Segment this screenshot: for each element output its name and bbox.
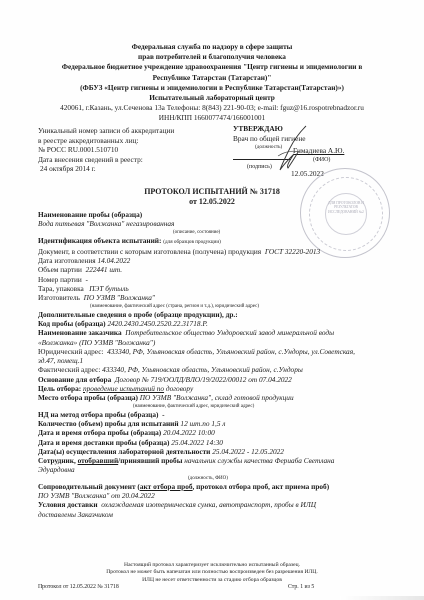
delivery-conditions-label: Условия доставки <box>38 500 98 509</box>
accompanying-doc-label-underlined: акт отбора проб <box>140 482 193 491</box>
batch-volume-value: 222441 шт. <box>86 265 122 274</box>
footer-disclaimer: Настоящий протокол характеризует исключи… <box>0 562 424 584</box>
place-label: Место отбора пробы (образца) <box>38 393 138 402</box>
place-note: (наименование, фактический адрес, юридич… <box>38 403 398 410</box>
batch-number-label: Номер партии <box>38 275 82 284</box>
employee-value: начальник службы качества Фериаба Светла… <box>184 456 334 465</box>
batch-number-value: - <box>85 275 87 284</box>
actual-address-value: 433340, РФ, Ульяновская область, Ульянов… <box>102 365 303 374</box>
delivery-conditions-value-cont: доставлены Заказчиком <box>38 510 398 519</box>
lab-dates-value: 25.04.2022 - 12.05.2022 <box>212 447 284 456</box>
accreditation-date: 24 октября 2014 г. <box>38 164 238 174</box>
purpose-label: Цель отбора: <box>38 384 81 393</box>
accompanying-doc-label-cont: , протокол отбора проб, акт приема проб) <box>193 482 330 491</box>
manufacture-date-value: 14.04.2022 <box>97 256 130 265</box>
delivery-datetime-label: Дата и время доставки пробы (образца) <box>38 438 169 447</box>
header-inn: ИНН/КПП 1660077474/166001001 <box>0 113 424 123</box>
delivery-datetime-value: 25.04.2022 14:30 <box>171 438 223 447</box>
accompanying-doc-label: Сопроводительный документ ( <box>38 482 140 491</box>
purpose-value-underlined: проведение испытаний по <box>83 384 164 393</box>
page-number: Стр. 1 из 5 <box>288 584 314 590</box>
manufacturer-label: Изготовитель <box>38 293 80 302</box>
protocol-body: Наименование пробы (образца) Вода питьев… <box>38 210 398 519</box>
employee-value-cont: Эдуардовна <box>38 465 398 474</box>
approval-position: Врач по общей гигиене <box>233 134 423 144</box>
header-line: Федеральная служба по надзору в сфере за… <box>0 42 424 52</box>
sampling-datetime-label: Дата и время отбора пробы (образца) <box>38 428 161 437</box>
batch-volume-label: Объем партии <box>38 265 82 274</box>
sample-code-label: Код пробы (образца) <box>38 319 106 328</box>
document-value: ГОСТ 32220-2013 <box>265 247 320 256</box>
employee-label-cont: /принявший пробы <box>118 456 182 465</box>
header-line: Республике Татарстан (Татарстан)" <box>0 73 424 83</box>
sample-code-value: 2420.2430.2450.2520.22.31718.Р. <box>107 319 207 328</box>
header-address: 420061, г.Казань, ул.Сеченова 13а Телефо… <box>0 103 424 113</box>
sample-name-value: Вода питьевая "Волжанка" негазированная <box>38 219 398 228</box>
accreditation-block: Уникальный номер записи об аккредитации … <box>38 126 238 174</box>
package-value: ПЭТ бутыль <box>89 284 128 293</box>
protocol-date: от 12.05.2022 <box>0 197 424 207</box>
quantity-label: Количество (объем) пробы для испытаний <box>38 419 179 428</box>
nd-label: НД на метод отбора пробы (образца) <box>38 410 158 419</box>
header-line: Испытательный лабораторный центр <box>0 93 424 103</box>
employee-label-underlined: отобравший <box>78 456 119 465</box>
accreditation-number: № РОСС RU.0001.510710 <box>38 145 238 155</box>
package-label: Тара, упаковка <box>38 284 84 293</box>
document-label: Документ, в соответствии с которым изгот… <box>38 247 261 256</box>
header-line: (ФБУЗ «Центр гигиены и эпидемиологии в Р… <box>0 83 424 93</box>
protocol-title: ПРОТОКОЛ ИСПЫТАНИЙ № 31718 от 12.05.2022 <box>0 187 424 207</box>
employee-label: Сотрудник, <box>38 456 76 465</box>
delivery-conditions-value: охлаждаемая изотермическая сумка, автотр… <box>101 500 316 509</box>
manufacturer-value: ПО УЗМВ "Волжанка" <box>84 293 155 302</box>
approval-block: УТВЕРЖДАЮ Врач по общей гигиене (должнос… <box>233 124 423 153</box>
protocol-number: ПРОТОКОЛ ИСПЫТАНИЙ № 31718 <box>0 187 424 197</box>
scan-edge <box>340 596 424 600</box>
purpose-value: договору <box>166 384 193 393</box>
customer-value-cont: «Волжанка» (ПО УЗМВ "Волжанка") <box>38 338 398 347</box>
approval-title: УТВЕРЖДАЮ <box>233 124 423 134</box>
actual-address-label: Фактический адрес: <box>38 365 100 374</box>
header-line: прав потребителей и благополучия человек… <box>0 52 424 62</box>
basis-value: Договор № 719/ООЛД/ВЛО/19/2022/00012 от … <box>115 375 292 384</box>
footer-protocol-ref: Протокол от 12.05.2022 № 31718 <box>38 584 119 590</box>
basis-label: Основание для отбора <box>38 375 111 384</box>
approval-fio-note: (ФИО) <box>313 156 330 166</box>
customer-value: Потребительское общество Ундоровский зав… <box>125 328 334 337</box>
sample-name-note: (описание, состояние) <box>38 229 398 236</box>
accompanying-doc-value: ПО УЗМВ "Волжанка" от 20.04.2022 <box>38 491 398 500</box>
sample-name-label: Наименование пробы (образца) <box>38 210 398 219</box>
manufacturer-note: (наименование, фактический адрес (страна… <box>38 303 398 310</box>
identification-label: Идентификация объекта испытаний: <box>38 236 161 245</box>
accreditation-date-label: Дата внесения сведений в реестр: <box>38 155 238 165</box>
legal-address-value: 433340, РФ, Ульяновская область, Ульянов… <box>107 347 355 356</box>
quantity-value: 12 шт.по 1,5 л <box>180 419 225 428</box>
accreditation-line: Уникальный номер записи об аккредитации <box>38 126 238 136</box>
place-value: ПО УЗМВ "Волжанка", склад готовой продук… <box>140 393 294 402</box>
signature-icon <box>270 124 310 174</box>
additional-info-label: Дополнительные сведения о пробе (образце… <box>38 310 398 319</box>
customer-label: Наименование заказчика <box>38 328 122 337</box>
identification-note: (для образцов продукции) <box>163 239 221 245</box>
legal-address-value-cont: зд.47, помещ.1 <box>38 356 398 365</box>
lab-dates-label: Дата(ы) осуществления лабораторной деяте… <box>38 447 210 456</box>
header-line: Федеральное бюджетное учреждение здравоо… <box>0 62 424 72</box>
accreditation-line: в реестре аккредитованных лиц: <box>38 136 238 146</box>
approval-signature-note: (подпись) <box>247 163 272 173</box>
document-page: Федеральная служба по надзору в сфере за… <box>0 0 424 600</box>
nd-value: - <box>162 410 164 419</box>
footer-line: Протокол не может быть напечатан или пол… <box>0 569 424 576</box>
manufacture-date-label: Дата изготовления <box>38 256 96 265</box>
legal-address-label: Юридический адрес: <box>38 347 103 356</box>
organization-header: Федеральная служба по надзору в сфере за… <box>0 42 424 124</box>
employee-note: (должность, ФИО) <box>38 475 398 482</box>
sampling-datetime-value: 20.04.2022 10:00 <box>163 428 215 437</box>
